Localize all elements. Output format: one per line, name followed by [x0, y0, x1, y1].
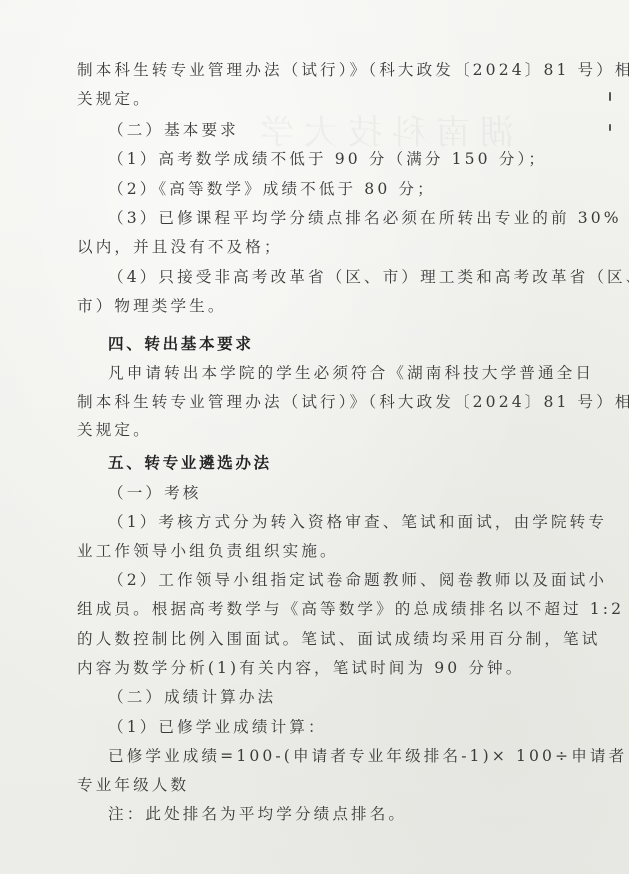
list-item: （2）《高等数学》成绩不低于 80 分；: [108, 177, 598, 201]
subsection-heading: （二）基本要求: [108, 118, 598, 142]
list-item: （2）工作领导小组指定试卷命题教师、阅卷教师以及面试小: [108, 568, 598, 592]
body-line: 内容为数学分析(1)有关内容，笔试时间为 90 分钟。: [77, 656, 567, 680]
body-line: 制本科生转专业管理办法（试行）》（科大政发〔2024〕81 号）相: [77, 58, 567, 82]
formula-line: 已修学业成绩=100-(申请者专业年级排名-1)× 100÷申请者: [108, 744, 598, 768]
list-item: （1）高考数学成绩不低于 90 分（满分 150 分）；: [108, 147, 598, 171]
body-line: 关规定。: [77, 87, 567, 111]
body-line: 关规定。: [77, 418, 567, 442]
body-line: 业工作领导小组负责组织实施。: [77, 539, 567, 563]
body-line: 专业年级人数: [77, 773, 567, 797]
staple-mark-bottom: [609, 124, 611, 131]
staple-mark-top: [609, 92, 611, 101]
body-line: 以内，并且没有不及格；: [77, 235, 567, 259]
body-line: 市）物理类学生。: [77, 294, 567, 318]
body-line: 组成员。根据高考数学与《高等数学》的总成绩排名以不超过 1:2: [77, 597, 567, 621]
subsection-heading: （二）成绩计算办法: [108, 685, 598, 709]
paragraph-start: 凡申请转出本学院的学生必须符合《湖南科技大学普通全日: [108, 361, 598, 385]
subsection-heading: （一）考核: [108, 481, 598, 505]
section-heading: 五、转专业遴选办法: [108, 451, 598, 475]
note-line: 注：此处排名为平均学分绩点排名。: [108, 802, 598, 826]
body-line: 的人数控制比例入围面试。笔试、面试成绩均采用百分制，笔试: [77, 627, 567, 651]
list-item: （1）考核方式分为转入资格审查、笔试和面试，由学院转专: [108, 510, 598, 534]
section-heading: 四、转出基本要求: [108, 332, 598, 356]
body-line: 制本科生转专业管理办法（试行）》（科大政发〔2024〕81 号）相: [77, 390, 567, 414]
list-item: （1）已修学业成绩计算：: [108, 715, 598, 739]
list-item: （3）已修课程平均学分绩点排名必须在所转出专业的前 30%: [108, 206, 598, 230]
document-page: 湖南科技大学 制本科生转专业管理办法（试行）》（科大政发〔2024〕81 号）相…: [0, 0, 629, 874]
list-item: （4）只接受非高考改革省（区、市）理工类和高考改革省（区、: [108, 265, 598, 289]
